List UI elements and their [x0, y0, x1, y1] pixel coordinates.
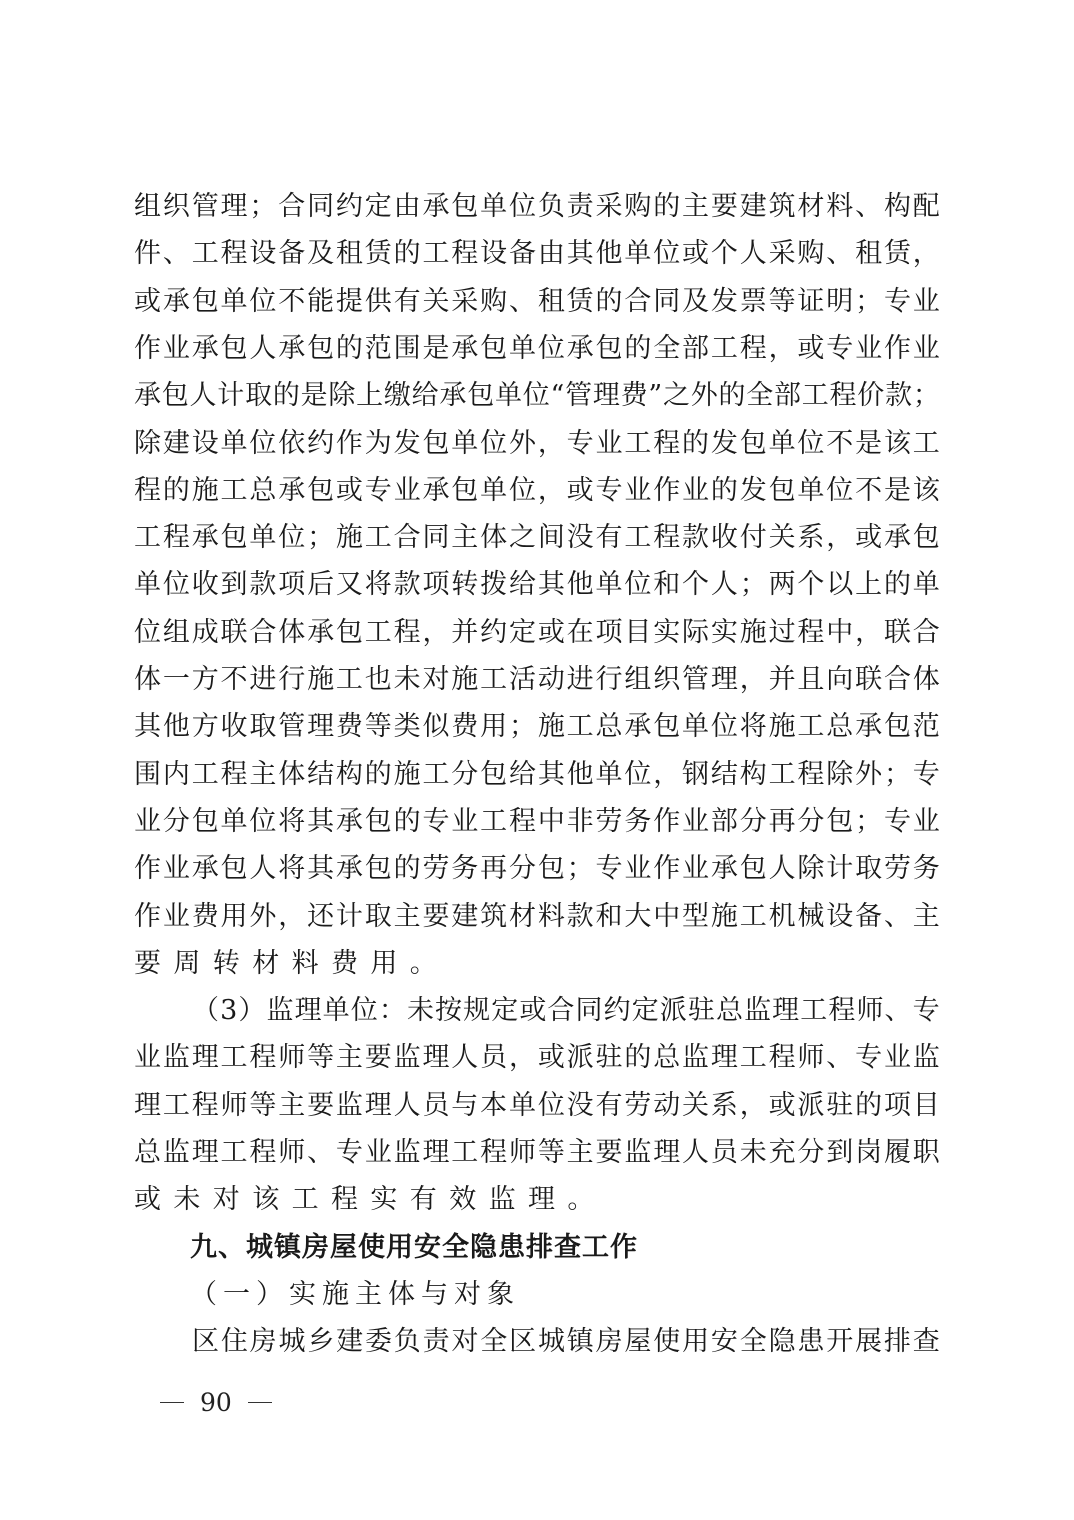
- body-line: 除建设单位依约作为发包单位外，专业工程的发包单位不是该工: [134, 424, 940, 464]
- page-number: 90: [160, 1388, 272, 1417]
- body-line: 作业承包人承包的范围是承包单位承包的全部工程，或专业作业: [134, 329, 940, 369]
- body-line: 程的施工总承包或专业承包单位，或专业作业的发包单位不是该: [134, 471, 940, 511]
- body-line: 作业承包人将其承包的劳务再分包；专业作业承包人除计取劳务: [134, 849, 940, 889]
- body-line: 理工程师等主要监理人员与本单位没有劳动关系，或派驻的项目: [134, 1086, 940, 1126]
- body-line: 或未对该工程实有效监理。: [134, 1180, 940, 1220]
- body-line: 业分包单位将其承包的专业工程中非劳务作业部分再分包；专业: [134, 802, 940, 842]
- body-line: 或承包单位不能提供有关采购、租赁的合同及发票等证明；专业: [134, 282, 940, 322]
- paragraph-start-line: 区住房城乡建委负责对全区城镇房屋使用安全隐患开展排查: [192, 1322, 940, 1362]
- body-line: 组织管理；合同约定由承包单位负责采购的主要建筑材料、构配: [134, 187, 940, 227]
- body-line: 工程承包单位；施工合同主体之间没有工程款收付关系，或承包: [134, 518, 940, 558]
- body-line: 作业费用外，还计取主要建筑材料款和大中型施工机械设备、主: [134, 897, 940, 937]
- body-line: 总监理工程师、专业监理工程师等主要监理人员未充分到岗履职: [134, 1133, 940, 1173]
- body-line: 围内工程主体结构的施工分包给其他单位，钢结构工程除外；专: [134, 755, 940, 795]
- page-number-right-dash: [248, 1402, 272, 1404]
- body-line: 要周转材料费用。: [134, 944, 940, 984]
- body-line: 件、工程设备及租赁的工程设备由其他单位或个人采购、租赁，: [134, 234, 940, 274]
- body-line: 业监理工程师等主要监理人员，或派驻的总监理工程师、专业监: [134, 1038, 940, 1078]
- body-line: 单位收到款项后又将款项转拨给其他单位和个人；两个以上的单: [134, 565, 940, 605]
- body-line: 其他方收取管理费等类似费用；施工总承包单位将施工总承包范: [134, 707, 940, 747]
- paragraph-start-line: （3）监理单位：未按规定或合同约定派驻总监理工程师、专: [192, 991, 940, 1031]
- page-number-left-dash: [160, 1402, 184, 1404]
- body-line: 位组成联合体承包工程，并约定或在项目实际实施过程中，联合: [134, 613, 940, 653]
- page-number-value: 90: [200, 1388, 232, 1417]
- document-page: 组织管理；合同约定由承包单位负责采购的主要建筑材料、构配 件、工程设备及租赁的工…: [0, 0, 1074, 1520]
- subsection-heading: （一）实施主体与对象: [190, 1275, 520, 1315]
- section-heading: 九、城镇房屋使用安全隐患排查工作: [190, 1228, 638, 1268]
- body-line: 体一方不进行施工也未对施工活动进行组织管理，并且向联合体: [134, 660, 940, 700]
- body-line: 承包人计取的是除上缴给承包单位“管理费”之外的全部工程价款；: [134, 376, 940, 416]
